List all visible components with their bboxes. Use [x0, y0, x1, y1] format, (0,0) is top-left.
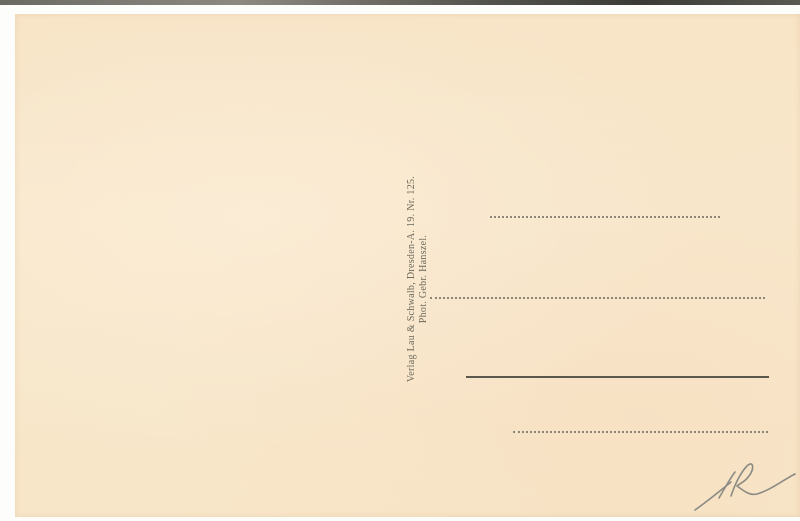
imprint-line-photographer: Phot. Gebr. Hanszel. [418, 134, 430, 424]
scanned-postcard: Verlag Lau & Schwalb, Dresden-A. 19. Nr.… [0, 0, 800, 521]
publisher-imprint-text: Verlag Lau & Schwalb, Dresden-A. 19. Nr.… [406, 134, 430, 424]
publisher-imprint: Verlag Lau & Schwalb, Dresden-A. 19. Nr.… [398, 134, 438, 424]
scan-edge-strip [0, 0, 800, 5]
address-line-3 [466, 376, 769, 378]
imprint-line-publisher: Verlag Lau & Schwalb, Dresden-A. 19. Nr.… [406, 134, 418, 424]
postcard-back: Verlag Lau & Schwalb, Dresden-A. 19. Nr.… [15, 14, 800, 517]
handwritten-mark-icon [691, 458, 800, 516]
address-line-4 [513, 431, 768, 433]
address-line-2 [430, 297, 765, 299]
address-line-1 [490, 216, 720, 218]
